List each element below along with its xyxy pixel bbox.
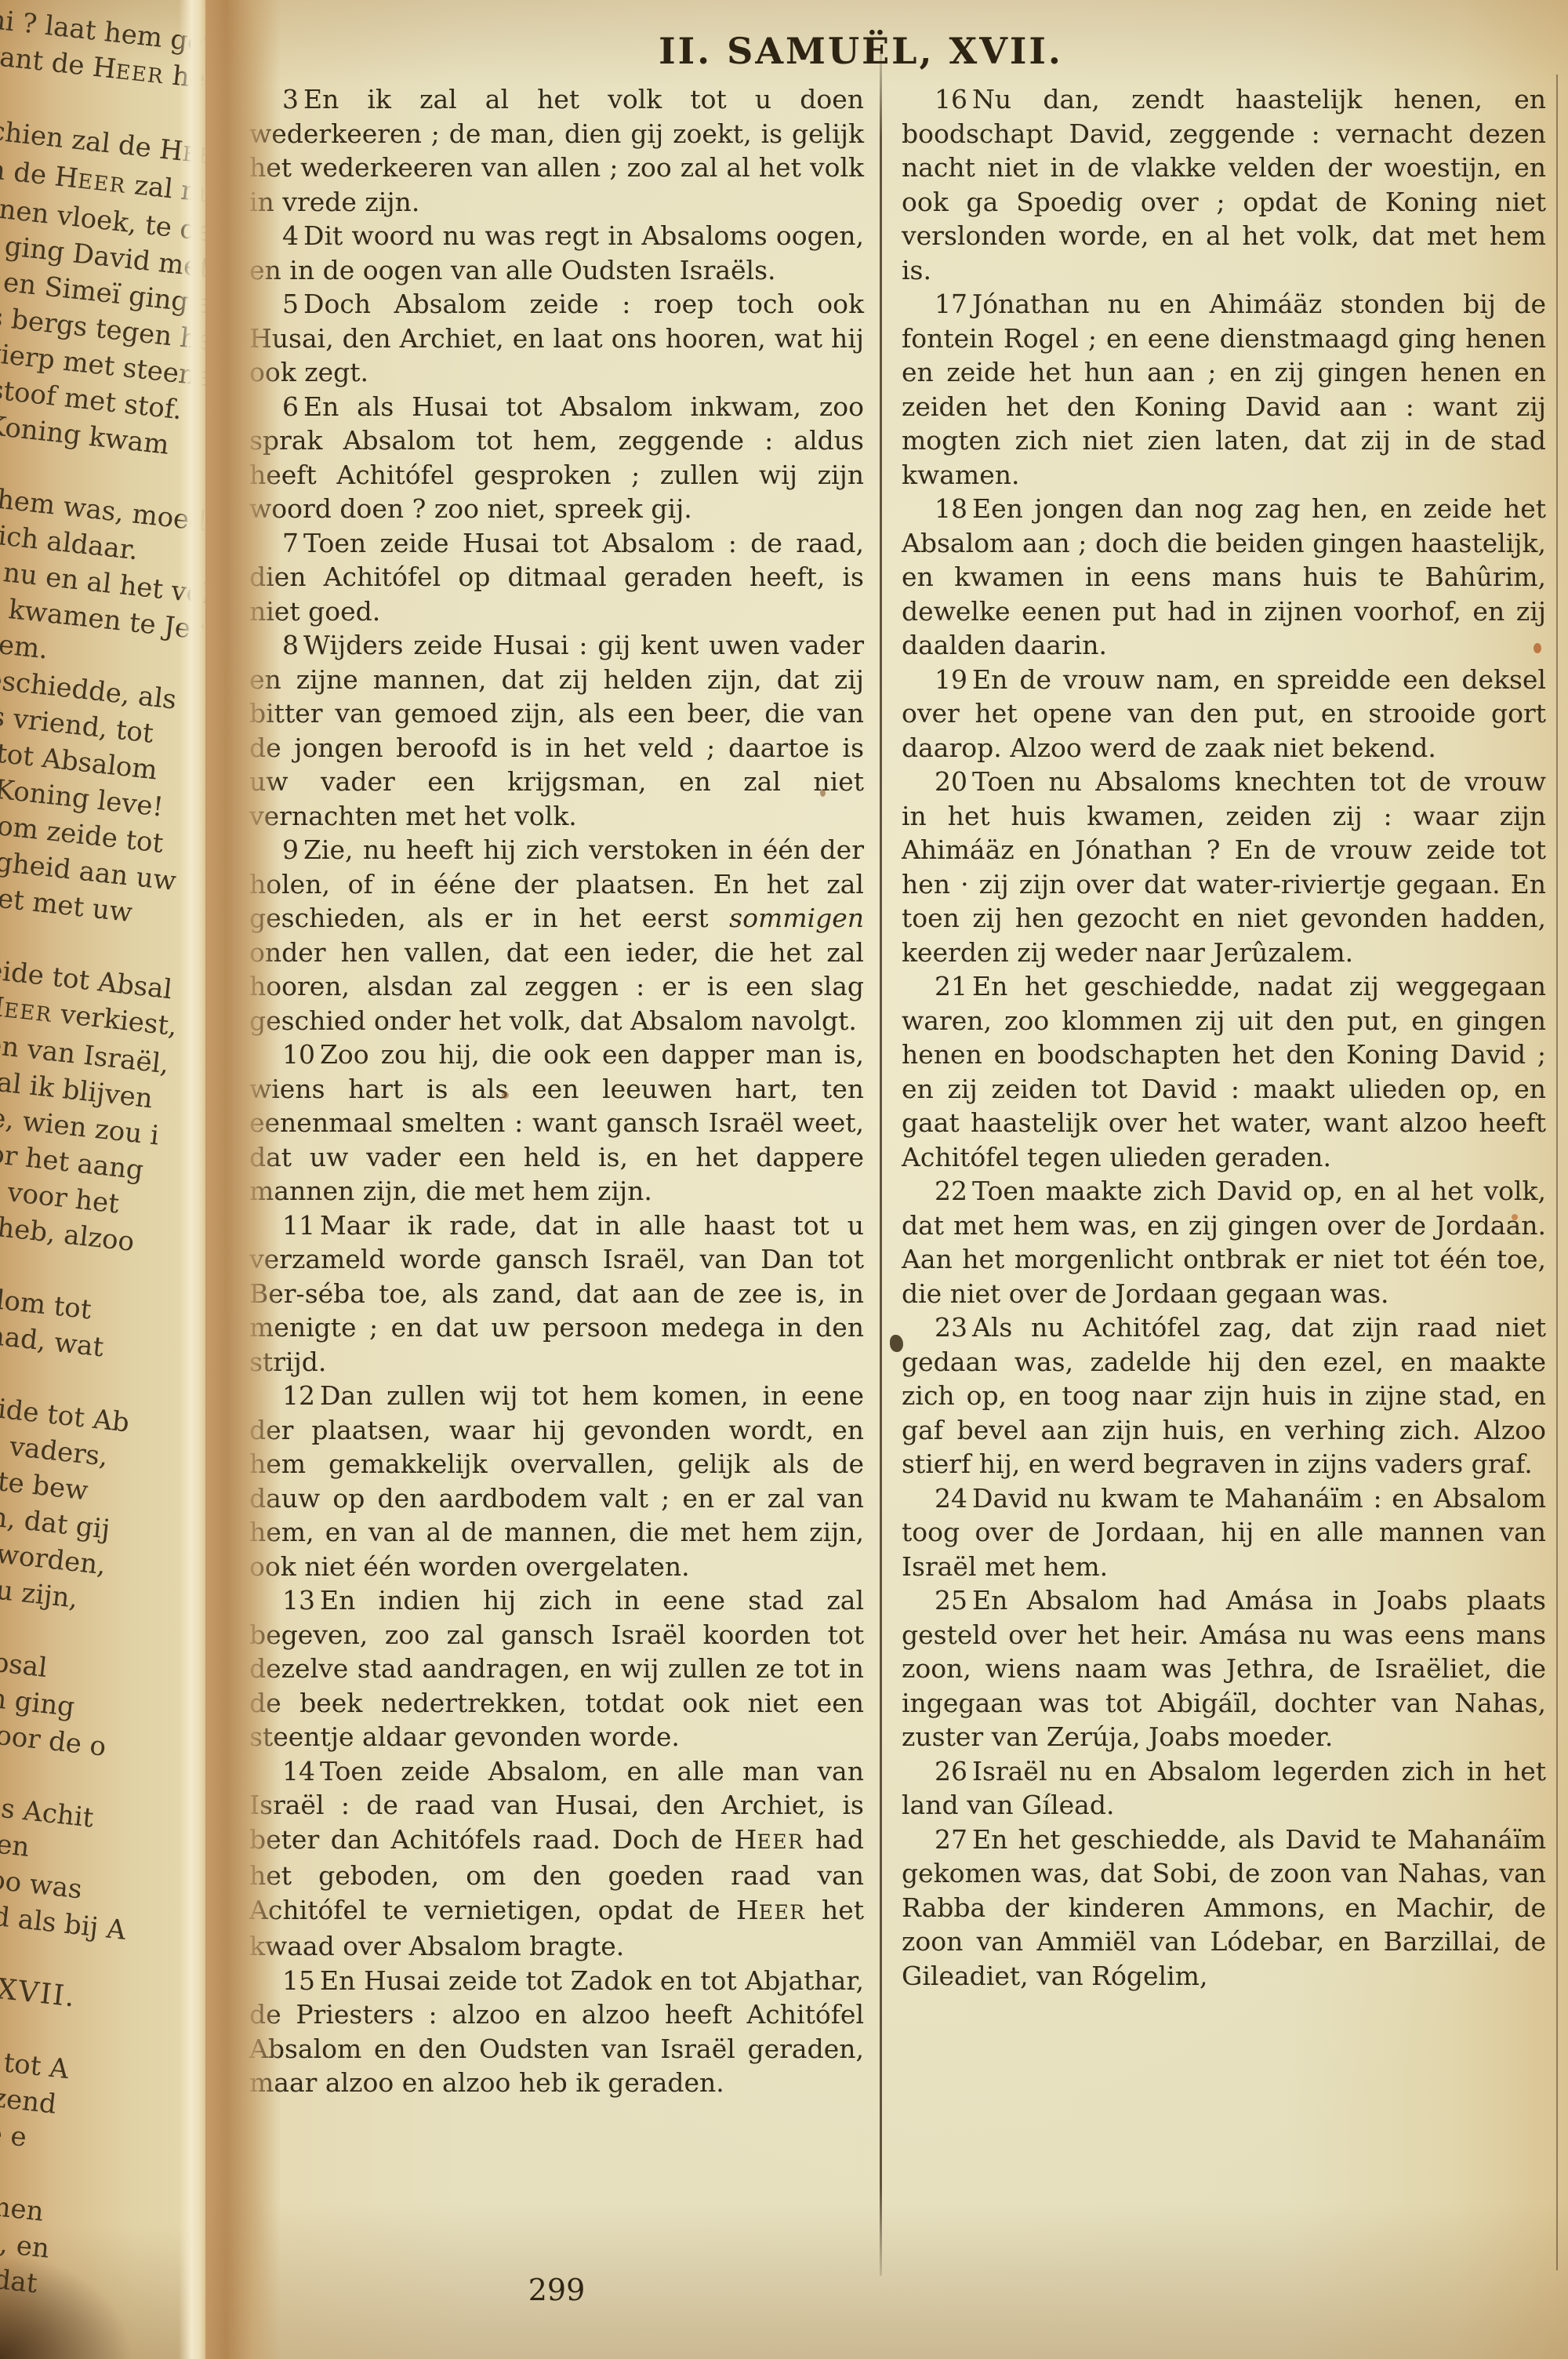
ink-blot bbox=[890, 1335, 903, 1352]
facing-page-strip: ni ? laat hem gewvant de HEER heeft schi… bbox=[0, 0, 205, 2359]
verse-number: 13 bbox=[282, 1585, 320, 1616]
verse-number: 26 bbox=[935, 1756, 972, 1787]
verse-6: 6En als Husai tot Absalom inkwam, zoo sp… bbox=[249, 390, 864, 526]
verse-number: 27 bbox=[935, 1824, 972, 1855]
page-number: 299 bbox=[249, 2273, 864, 2307]
verse-number: 3 bbox=[282, 84, 303, 114]
verse-number: 7 bbox=[282, 528, 303, 558]
verse-9: 9Zie, nu heeft hij zich verstoken in één… bbox=[249, 833, 864, 1038]
verse-number: 5 bbox=[282, 289, 303, 319]
verse-number: 18 bbox=[935, 493, 972, 524]
foxing-speck bbox=[1512, 1214, 1518, 1220]
verse-13: 13En indien hij zich in eene stad zal be… bbox=[249, 1583, 864, 1754]
right-edge-rule bbox=[1556, 75, 1558, 2270]
verse-5: 5Doch Absalom zeide : roep toch ook Husa… bbox=[249, 287, 864, 390]
verse-17: 17Jónathan nu en Ahimáäz stonden bij de … bbox=[902, 287, 1546, 492]
verse-24: 24David nu kwam te Mahanáïm : en Absalom… bbox=[902, 1481, 1546, 1584]
book-photo: { "book_page": { "header": "II. SAMUËL, … bbox=[0, 0, 1568, 2359]
verse-27: 27En het geschiedde, als David te Mahaná… bbox=[902, 1823, 1546, 1994]
verse-number: 12 bbox=[282, 1380, 320, 1411]
verse-20: 20Toen nu Absaloms knechten tot de vrouw… bbox=[902, 765, 1546, 969]
facing-page-text: ni ? laat hem gewvant de HEER heeft schi… bbox=[0, 2, 205, 2345]
verse-14: 14Toen zeide Absalom, en alle man van Is… bbox=[249, 1754, 864, 1964]
page-title: II. SAMUËL, XVII. bbox=[249, 30, 1472, 72]
verse-16: 16Nu dan, zendt haastelijk henen, en boo… bbox=[902, 82, 1546, 287]
verse-number: 16 bbox=[935, 84, 972, 114]
column-divider-rule bbox=[880, 49, 882, 2276]
foxing-speck bbox=[502, 1092, 509, 1099]
verse-number: 22 bbox=[935, 1176, 972, 1206]
verse-number: 15 bbox=[282, 1965, 320, 1996]
verse-25: 25En Absalom had Amása in Joabs plaats g… bbox=[902, 1583, 1546, 1754]
verse-23: 23Als nu Achitófel zag, dat zijn raad ni… bbox=[902, 1310, 1546, 1481]
verse-number: 21 bbox=[935, 971, 972, 1001]
verse-12: 12Dan zullen wij tot hem komen, in eene … bbox=[249, 1379, 864, 1583]
verse-number: 6 bbox=[282, 391, 303, 422]
foxing-speck bbox=[820, 789, 826, 797]
verse-number: 10 bbox=[282, 1039, 320, 1070]
verse-4: 4Dit woord nu was regt in Absaloms oogen… bbox=[249, 219, 864, 287]
verse-10: 10Zoo zou hij, die ook een dapper man is… bbox=[249, 1038, 864, 1209]
verse-number: 23 bbox=[935, 1312, 972, 1343]
bottom-left-corner-shadow bbox=[0, 2210, 180, 2359]
verse-15: 15En Husai zeide tot Zadok en tot Abjath… bbox=[249, 1964, 864, 2100]
verse-26: 26Israël nu en Absalom legerden zich in … bbox=[902, 1754, 1546, 1823]
verse-number: 11 bbox=[282, 1210, 320, 1241]
verse-number: 25 bbox=[935, 1585, 972, 1616]
verse-number: 24 bbox=[935, 1483, 972, 1514]
verse-3: 3En ik zal al het volk tot u doen wederk… bbox=[249, 82, 864, 219]
verse-number: 17 bbox=[935, 289, 972, 319]
right-column: 16Nu dan, zendt haastelijk henen, en boo… bbox=[902, 82, 1546, 1993]
verse-19: 19En de vrouw nam, en spreidde een dekse… bbox=[902, 663, 1546, 765]
verse-7: 7Toen zeide Husai tot Absalom : de raad,… bbox=[249, 526, 864, 629]
page-curl-edge bbox=[179, 0, 207, 2359]
verse-21: 21En het geschiedde, nadat zij weggegaan… bbox=[902, 969, 1546, 1174]
verse-18: 18Een jongen dan nog zag hen, en zeide h… bbox=[902, 492, 1546, 663]
verse-11: 11Maar ik rade, dat in alle haast tot u … bbox=[249, 1209, 864, 1379]
verse-number: 9 bbox=[282, 834, 303, 865]
verse-8: 8Wijders zeide Husai : gij kent uwen vad… bbox=[249, 628, 864, 833]
foxing-speck bbox=[1534, 643, 1541, 653]
verse-number: 14 bbox=[282, 1756, 320, 1787]
verse-number: 4 bbox=[282, 220, 303, 251]
verse-number: 8 bbox=[282, 630, 303, 660]
gutter-shadow bbox=[205, 0, 281, 2359]
left-column: 3En ik zal al het volk tot u doen wederk… bbox=[249, 82, 864, 2100]
verse-number: 20 bbox=[935, 766, 972, 797]
verse-22: 22Toen maakte zich David op, en al het v… bbox=[902, 1174, 1546, 1310]
verse-number: 19 bbox=[935, 664, 972, 695]
